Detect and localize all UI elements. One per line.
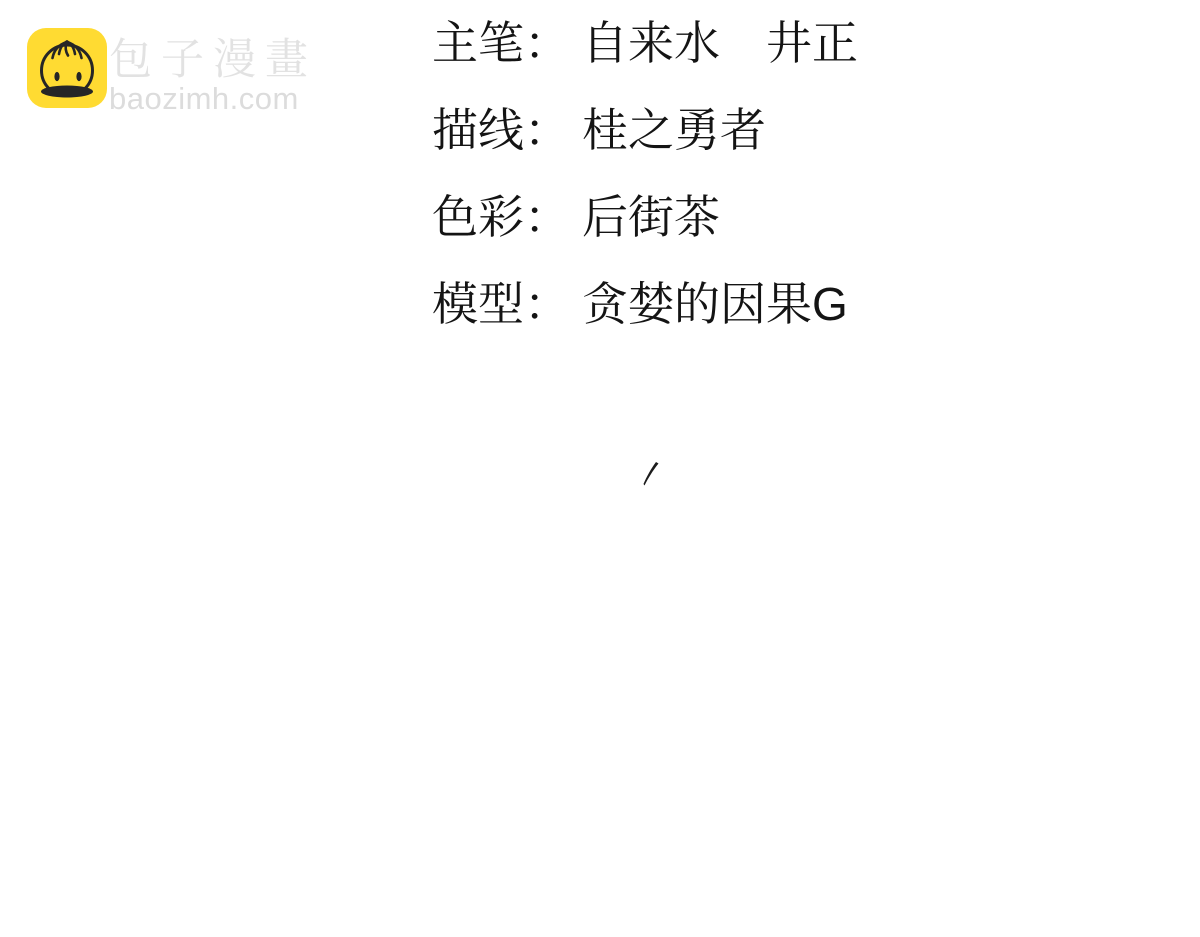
credit-label: 模型 bbox=[432, 278, 524, 330]
credit-label: 描线 bbox=[432, 104, 524, 156]
credit-value: 自来水 井正 bbox=[582, 17, 858, 69]
credits-list: 主笔：自来水 井正 描线：桂之勇者 色彩：后街茶 模型：贪婪的因果G bbox=[432, 0, 858, 348]
credit-line-color: 色彩：后街茶 bbox=[432, 174, 858, 261]
credit-value: 后街茶 bbox=[582, 191, 720, 243]
brand-text: 包子漫畫 baozimh.com bbox=[109, 36, 317, 114]
baozi-bun-face-icon bbox=[27, 28, 107, 108]
credit-label: 主笔 bbox=[432, 17, 524, 69]
credit-value: 贪婪的因果G bbox=[582, 278, 848, 330]
credit-colon: ： bbox=[524, 17, 570, 69]
credit-line-model: 模型：贪婪的因果G bbox=[432, 261, 858, 348]
credit-colon: ： bbox=[524, 191, 570, 243]
brush-stroke-mark bbox=[643, 461, 661, 488]
credit-line-main-artist: 主笔：自来水 井正 bbox=[432, 0, 858, 87]
credit-label: 色彩 bbox=[432, 191, 524, 243]
credit-value: 桂之勇者 bbox=[582, 104, 766, 156]
baozi-logo bbox=[27, 28, 107, 108]
credit-colon: ： bbox=[524, 278, 570, 330]
site-domain: baozimh.com bbox=[109, 84, 317, 114]
credit-colon: ： bbox=[524, 104, 570, 156]
site-name: 包子漫畫 bbox=[109, 36, 317, 84]
credit-line-line-art: 描线：桂之勇者 bbox=[432, 87, 858, 174]
comic-credits-page: 包子漫畫 baozimh.com 主笔：自来水 井正 描线：桂之勇者 色彩：后街… bbox=[0, 0, 1200, 937]
